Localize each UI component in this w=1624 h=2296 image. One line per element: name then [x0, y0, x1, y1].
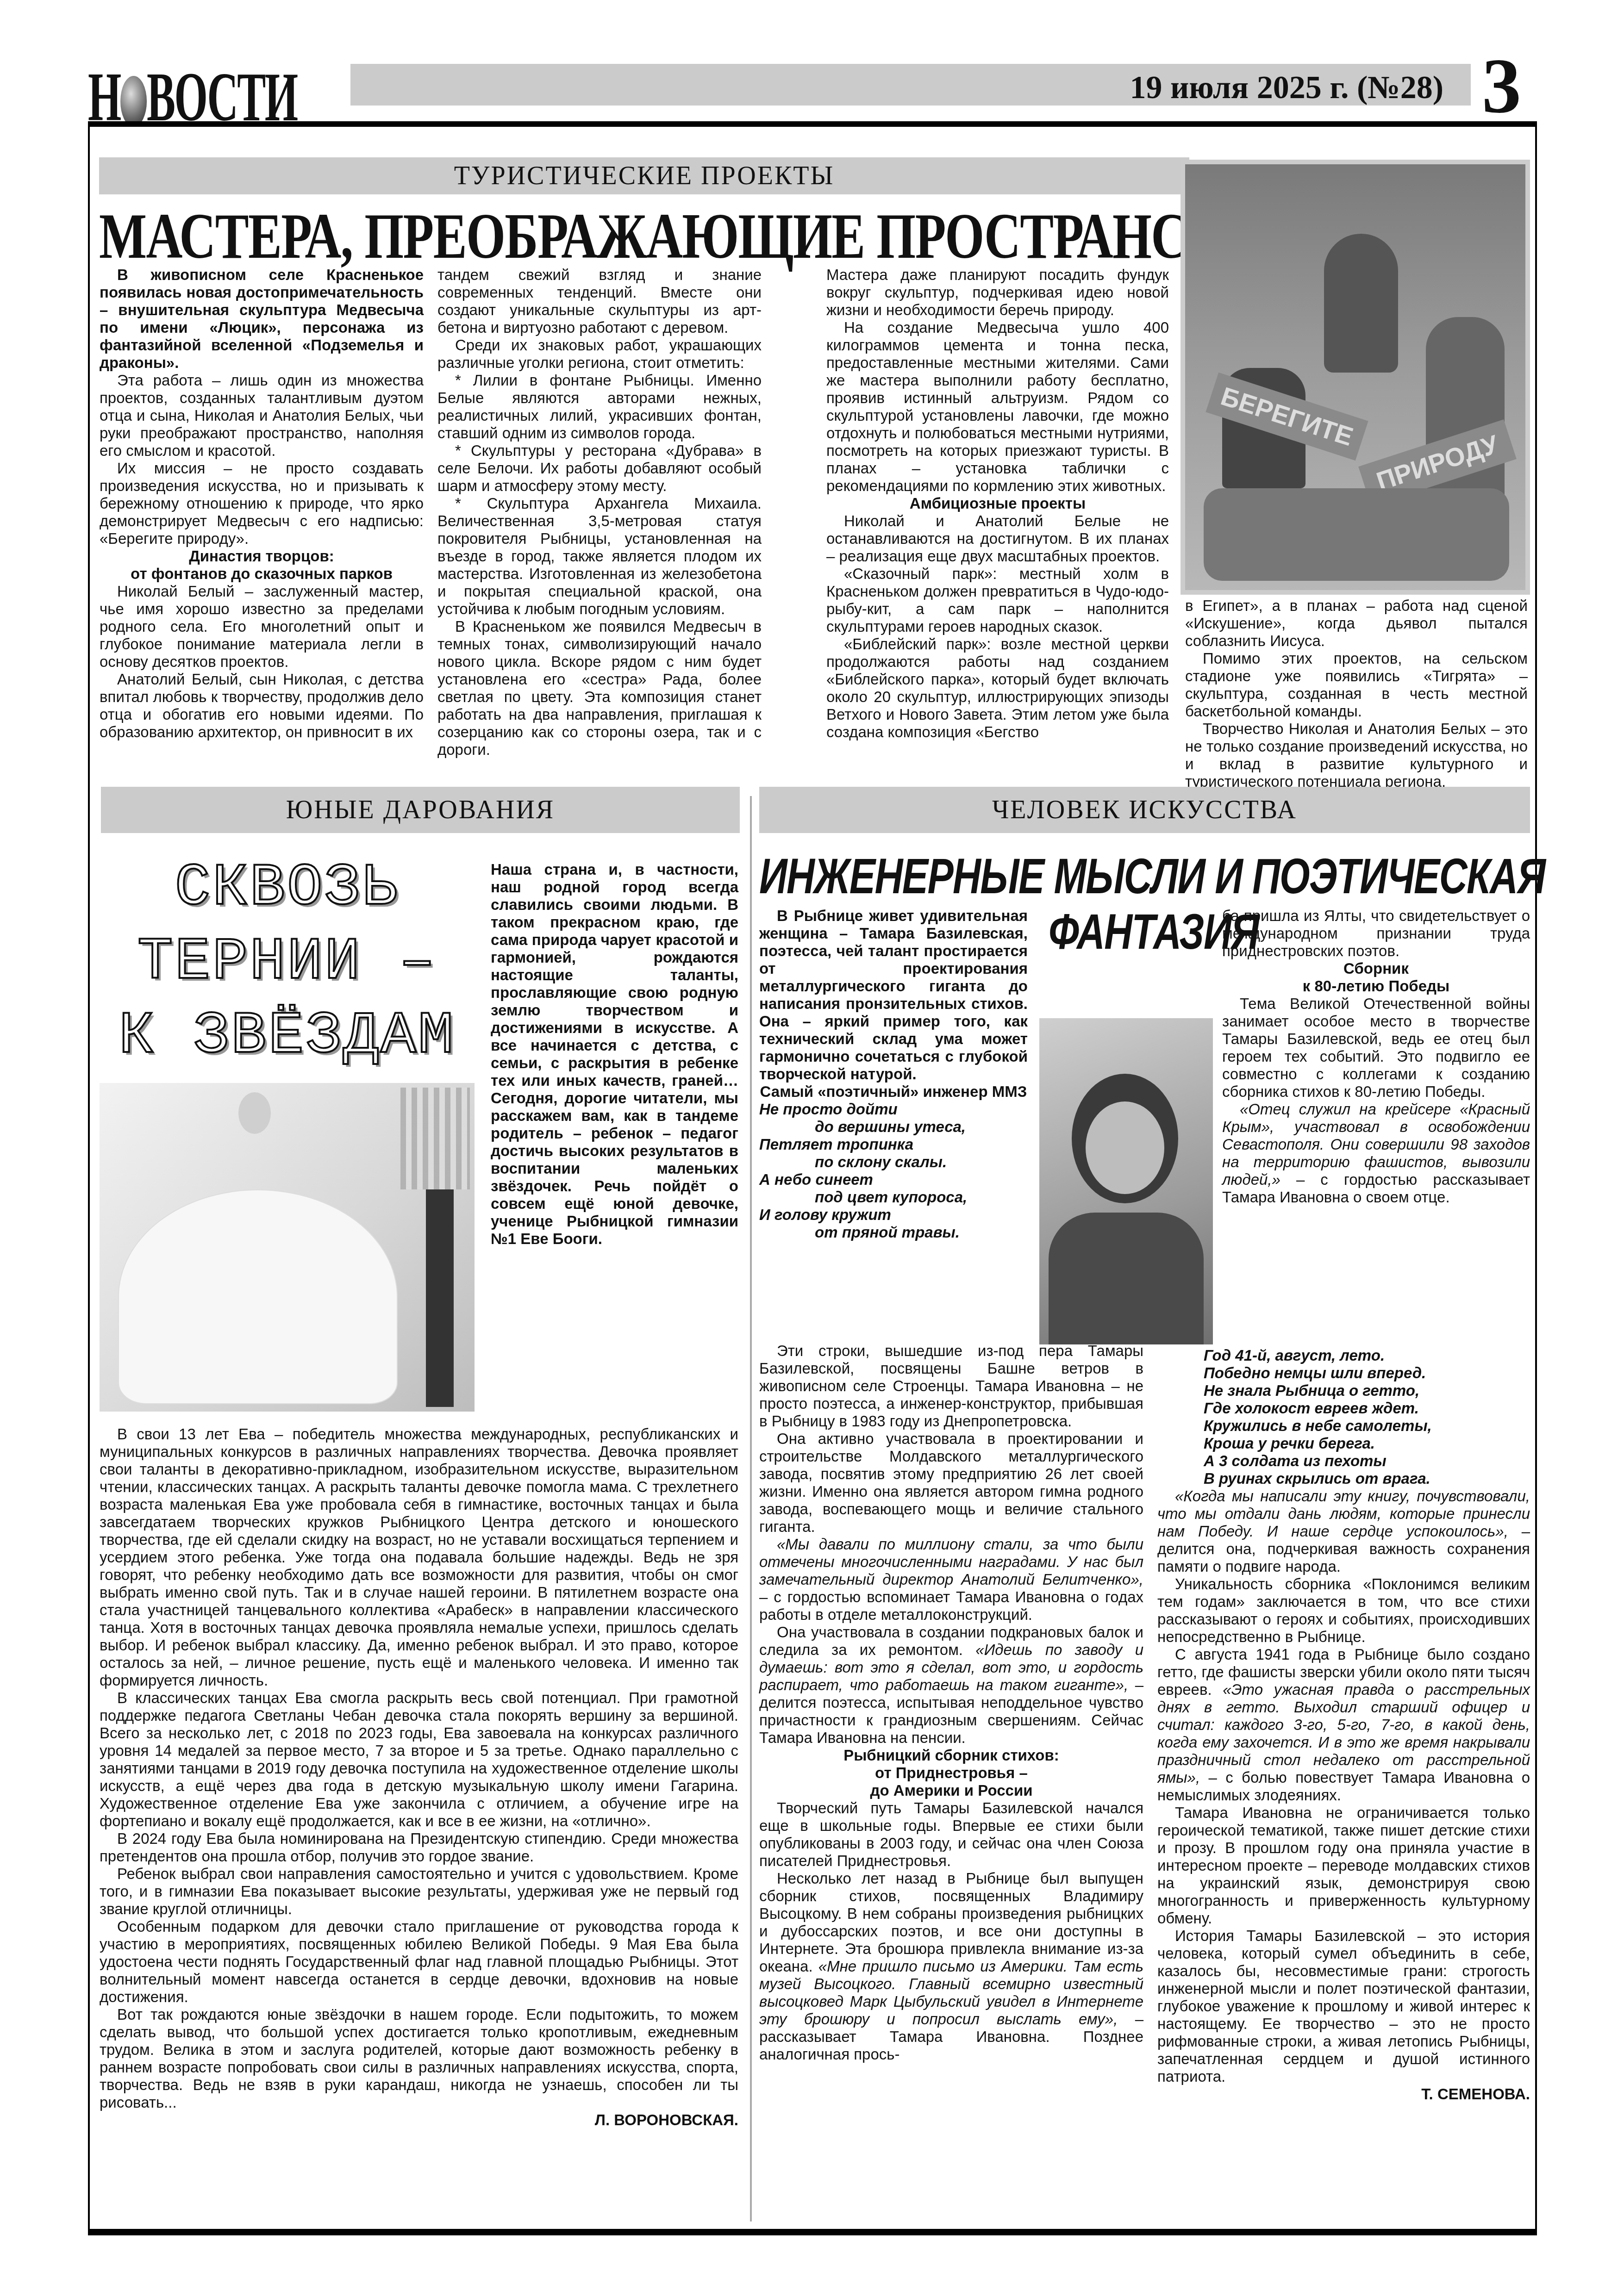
article-left-body: В свои 13 лет Ева – победитель множества… [100, 1425, 738, 2129]
article-left-lead: Наша страна и, в частности, наш родной г… [491, 861, 738, 1248]
rubric-person-of-art: ЧЕЛОВЕК ИСКУССТВА [759, 787, 1530, 833]
globe-icon [120, 76, 147, 127]
article-top-col2: тандем свежий взгляд и знание современны… [437, 266, 762, 759]
photo-tamara-bazilevskaya [1039, 1018, 1213, 1344]
ballerina-head [238, 1092, 271, 1134]
article-top-col4: в Египет», а в планах – работа над сцено… [1185, 597, 1528, 808]
article-right-lead: В Рыбнице живет удивительная женщина – Т… [759, 907, 1028, 1241]
ballerina-skirt [118, 1189, 398, 1404]
article-top-col3: Мастера даже планируют посадить фундук в… [826, 266, 1169, 741]
portrait-body [1049, 1213, 1204, 1344]
article-right-col-mid: Эти строки, вышедшие из-под пера Тамары … [759, 1342, 1143, 2063]
issue-date: 19 июля 2025 г. (№28) [1130, 69, 1443, 106]
rubric-tourism: ТУРИСТИЧЕСКИЕ ПРОЕКТЫ [99, 157, 1189, 194]
article-right-col-right: Год 41-й, август, лето. Победно немцы шл… [1157, 1347, 1530, 2103]
trophies [400, 1088, 470, 1189]
headline-through-thorns: СКВОЗЬ ТЕРНИИ – К ЗВЁЗДАМ [100, 852, 475, 1074]
byline-semenova: Т. СЕМЕНОВА. [1157, 2085, 1530, 2103]
page-number: 3 [1482, 46, 1521, 125]
photo-sculpture-owl: БЕРЕГИТЕ ПРИРОДУ [1181, 160, 1530, 595]
poem-tower-of-winds: Не просто дойти до вершины утеса, Петляе… [759, 1101, 1028, 1241]
headline-masters: МАСТЕРА, ПРЕОБРАЖАЮЩИЕ ПРОСТРАНСТВО [99, 199, 1292, 274]
article-top-col1: В живописном селе Красненькое появилась … [100, 266, 424, 741]
stump-base [1204, 488, 1509, 581]
photo-ballerina [100, 1083, 475, 1412]
portrait-face [1086, 1101, 1164, 1194]
byline-voronovskaya: Л. ВОРОНОВСКАЯ. [100, 2111, 738, 2129]
column-divider [750, 796, 752, 2221]
rubric-young-talents: ЮНЫЕ ДАРОВАНИЯ [101, 787, 740, 833]
trophy-stand [426, 1189, 454, 1407]
owl-sculpture [1324, 234, 1398, 373]
article-right-col-top: ба пришла из Ялты, что свидетельствует о… [1222, 907, 1530, 1206]
poem-year-41: Год 41-й, август, лето. Победно немцы шл… [1157, 1347, 1530, 1487]
headline-engineering-thoughts: ИНЖЕНЕРНЫЕ МЫСЛИ И ПОЭТИЧЕСКАЯ [759, 847, 1545, 905]
